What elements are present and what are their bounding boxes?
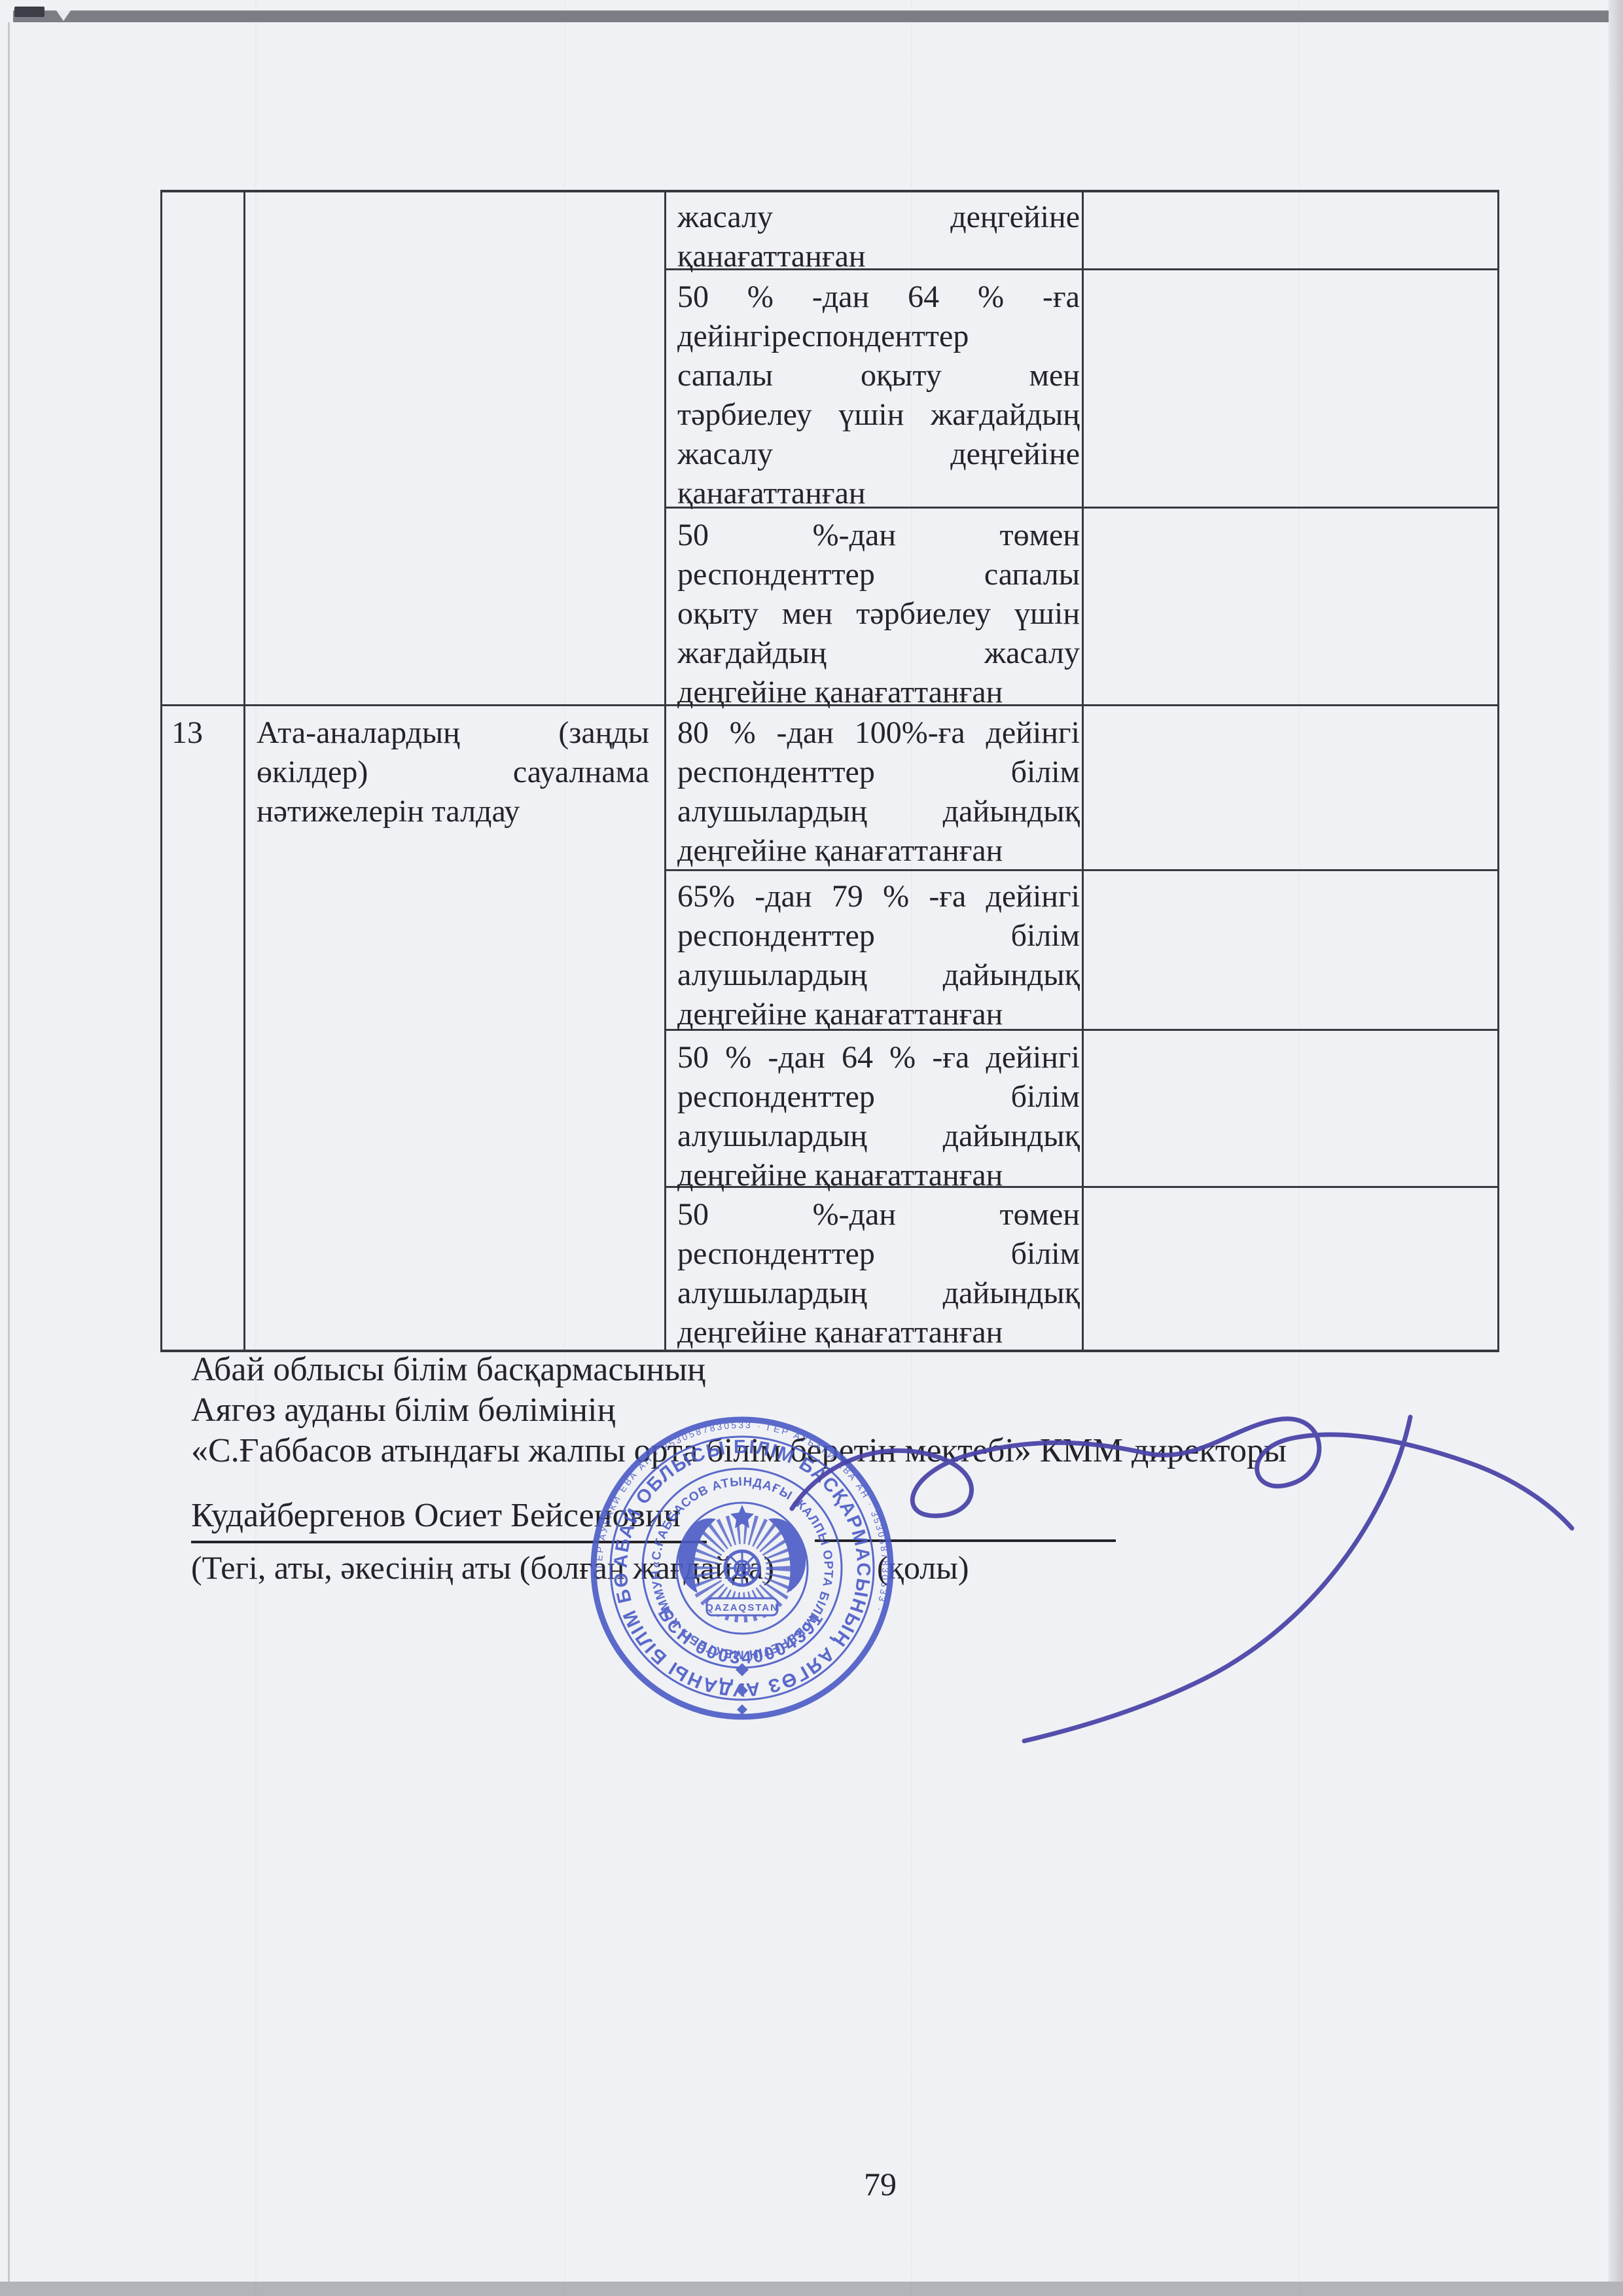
criteria-cell: 50%-дан64%-ғадейінгіреспонденттербілімал… [677,1038,1080,1195]
scan-edge-notch [56,10,71,21]
criteria-cell: 50%-дан64%-ғадейінгіреспонденттерсапалыо… [677,278,1080,513]
criteria-cell: 65%-дан79%-ғадейінгіреспонденттербілімал… [677,877,1080,1034]
page-number: 79 [841,2165,919,2203]
scan-left-edge [8,22,10,2282]
org-line: Абай облысы білім басқармасының [191,1350,1287,1390]
scan-right-edge [1609,0,1623,2296]
table-border [664,190,666,1352]
signature-stroke [753,1388,1603,1780]
criteria-cell: 80%-дан100%-ғадейінгіреспонденттербіліма… [677,713,1080,870]
emblem-star-icon [730,1505,754,1528]
row-name-cell: Ата-аналардың(заңдыөкілдер)сауалнаманәти… [257,713,649,831]
criteria-cell: жасалудеңгейінеқанағаттанған [677,198,1080,276]
row-number-cell: 13 [171,713,234,753]
scanned-document-page: жасалудеңгейінеқанағаттанған 50%-дан64%-… [0,0,1623,2296]
scan-top-edge [13,10,1623,22]
criteria-cell: 50%-дантөменреспонденттерсапалыоқытумент… [677,516,1080,712]
criteria-cell: 50%-дантөменреспонденттербілімалушыларды… [677,1195,1080,1352]
table-border [243,190,245,1352]
table-border [160,190,162,1352]
table-border [1082,190,1084,1352]
scan-bottom-edge [0,2282,1623,2296]
scan-corner-artifact [14,7,45,17]
table-border [1497,190,1499,1352]
table-border [160,190,1499,192]
